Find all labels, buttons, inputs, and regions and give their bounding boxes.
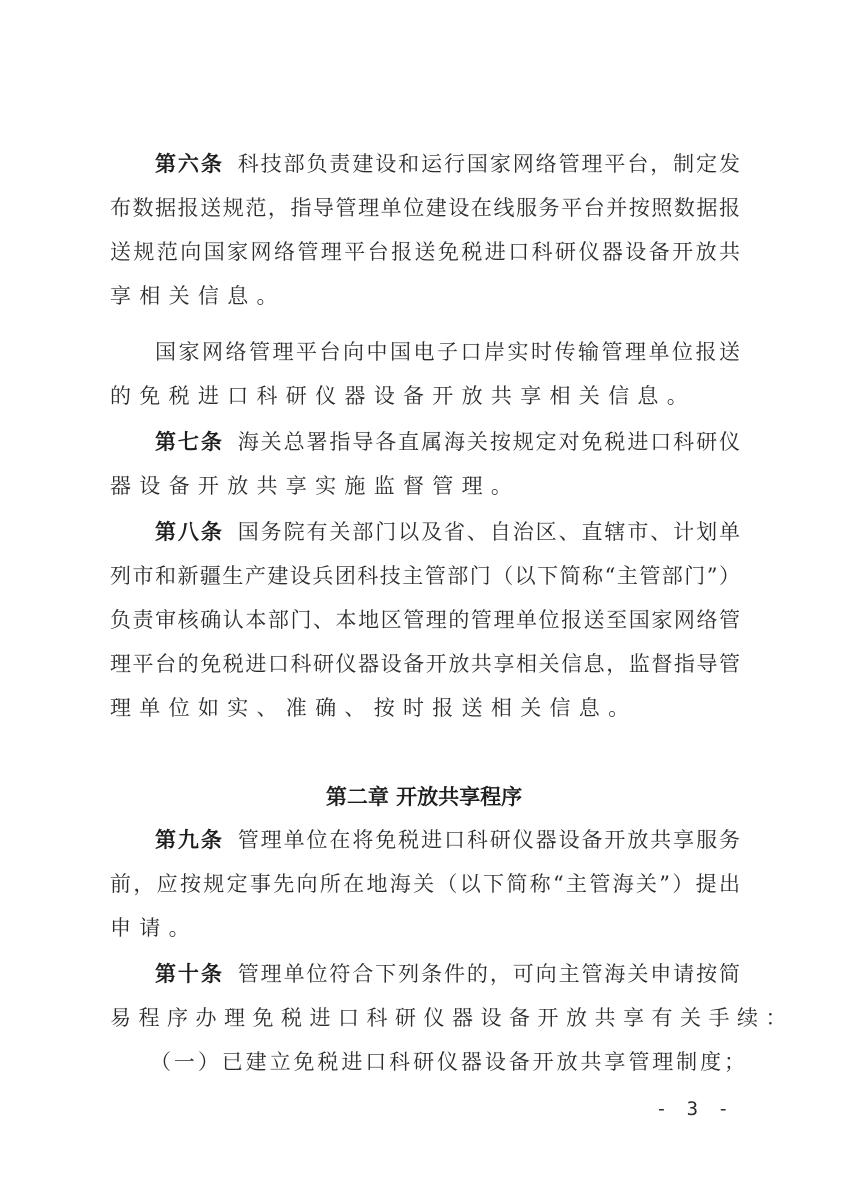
- article-9-line-2: 前，应按规定事先向所在地海关（以下简称“主管海关”）提出: [110, 862, 740, 906]
- article-9-line-1: 第九条管理单位在将免税进口科研仪器设备开放共享服务: [155, 818, 740, 862]
- article-6-para-2-line-2: 的免税进口科研仪器设备开放共享相关信息。: [110, 374, 740, 418]
- chapter-2-heading: 第二章 开放共享程序: [0, 775, 848, 819]
- article-6-line-3: 送规范向国家网络管理平台报送免税进口科研仪器设备开放共: [110, 230, 740, 274]
- article-10-line-1: 第十条管理单位符合下列条件的，可向主管海关申请按简: [155, 952, 740, 996]
- article-7-line-1: 第七条海关总署指导各直属海关按规定对免税进口科研仪: [155, 420, 740, 464]
- article-10-item-1: （一）已建立免税进口科研仪器设备开放共享管理制度；: [150, 1040, 745, 1084]
- article-8-line-4: 理平台的免税进口科研仪器设备开放共享相关信息，监督指导管: [110, 642, 740, 686]
- article-10-line-2: 易程序办理免税进口科研仪器设备开放共享有关手续：: [110, 996, 740, 1040]
- article-9-line-3: 申请。: [110, 906, 740, 950]
- article-8-line-1: 第八条国务院有关部门以及省、自治区、直辖市、计划单: [155, 510, 740, 554]
- article-8-line-5: 理单位如实、准确、按时报送相关信息。: [110, 686, 740, 730]
- article-6-line-1: 第六条科技部负责建设和运行国家网络管理平台，制定发: [155, 142, 740, 186]
- article-7-line-2: 器设备开放共享实施监督管理。: [110, 464, 740, 508]
- article-8-label: 第八条: [155, 520, 224, 544]
- article-6-line-4: 享相关信息。: [110, 274, 740, 318]
- article-7-label: 第七条: [155, 430, 224, 454]
- article-10-label: 第十条: [155, 962, 224, 986]
- article-6-label: 第六条: [155, 152, 224, 176]
- article-6-line-2: 布数据报送规范，指导管理单位建设在线服务平台并按照数据报: [110, 186, 740, 230]
- document-page: 第六条科技部负责建设和运行国家网络管理平台，制定发 布数据报送规范，指导管理单位…: [0, 0, 848, 1200]
- article-8-line-2: 列市和新疆生产建设兵团科技主管部门（以下简称“主管部门”）: [110, 554, 740, 598]
- article-8-line-3: 负责审核确认本部门、本地区管理的管理单位报送至国家网络管: [110, 598, 740, 642]
- article-6-para-2-line-1: 国家网络管理平台向中国电子口岸实时传输管理单位报送: [155, 330, 740, 374]
- article-9-label: 第九条: [155, 828, 224, 852]
- page-number: - 3 -: [656, 1098, 733, 1120]
